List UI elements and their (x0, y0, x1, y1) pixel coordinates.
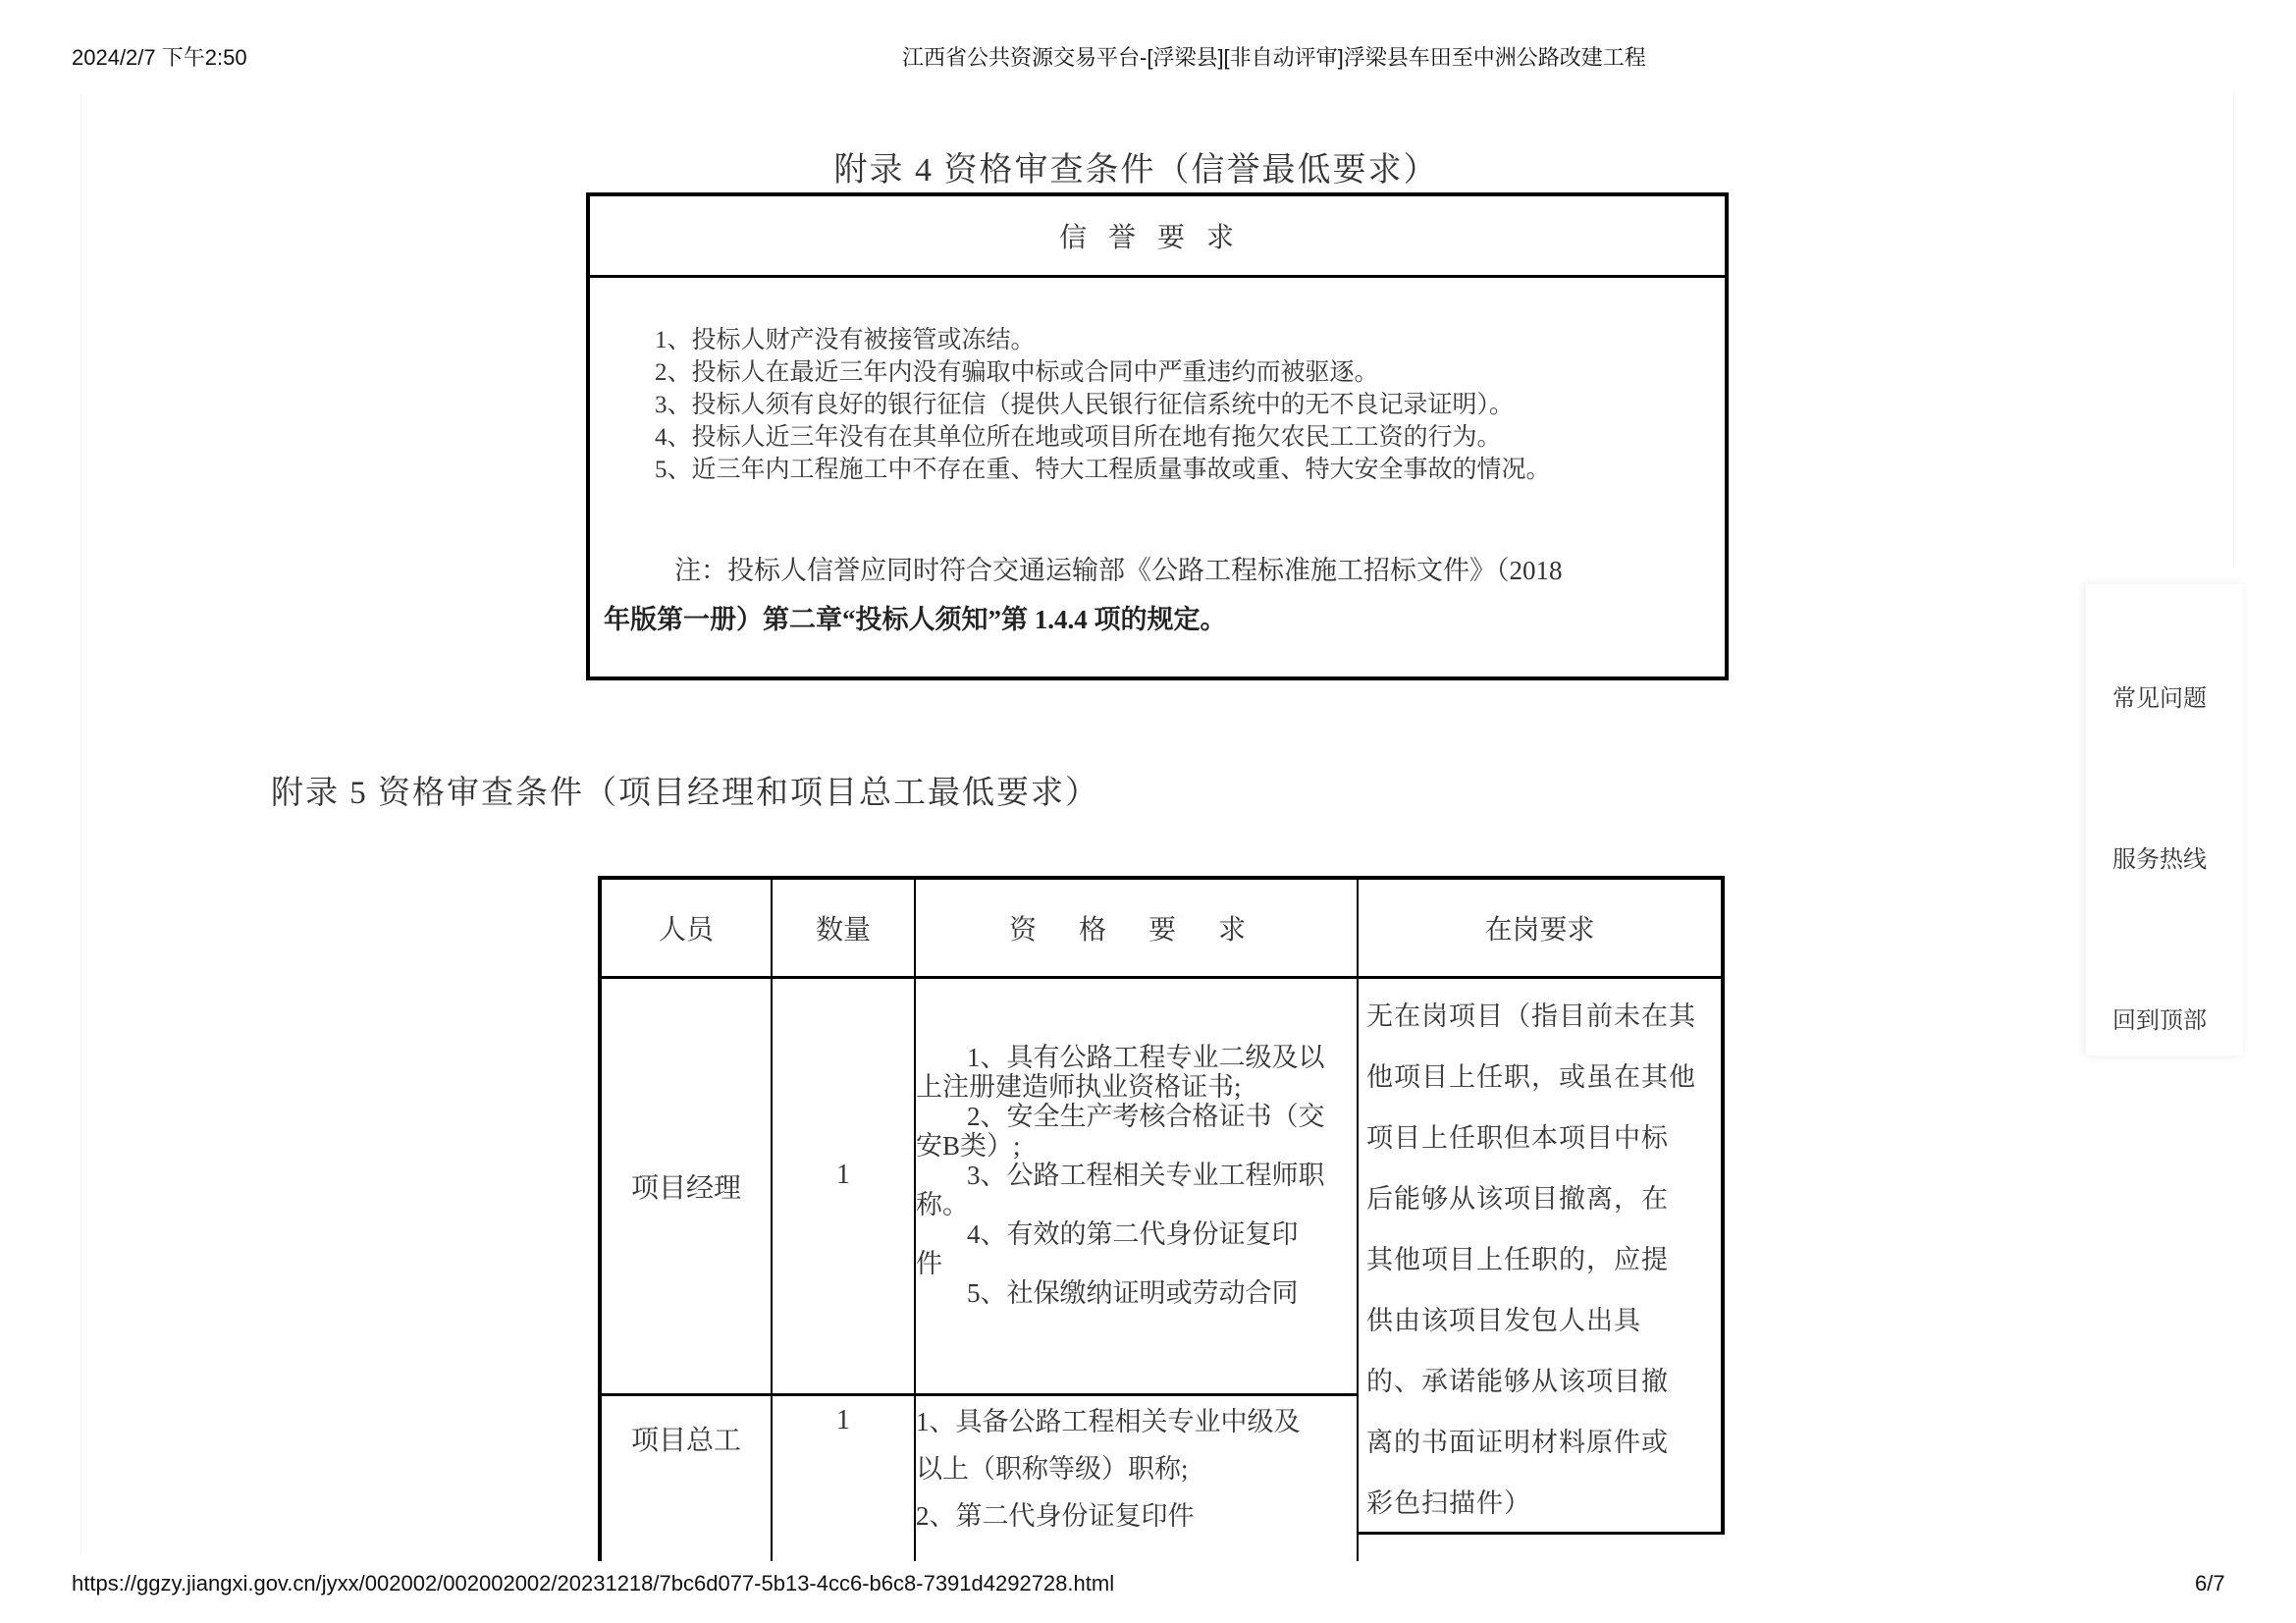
on-post-line: 的、承诺能够从该项目撤 (1366, 1351, 1710, 1412)
requirement-line: 称。 (916, 1190, 1358, 1219)
page-edge-left (80, 93, 81, 1556)
service-hotline-link[interactable]: 服务热线 (2112, 839, 2207, 874)
appendix4-title: 附录 4 资格审查条件（信誉最低要求） (0, 142, 2296, 190)
role-chief-engineer: 项目总工 (602, 1411, 771, 1466)
credit-item: 4、投标人近三年没有在其单位所在地或项目所在地有拖欠农民工工资的行为。 (655, 421, 1551, 454)
credit-item: 2、投标人在最近三年内没有骗取中标或合同中严重违约而被驱逐。 (655, 356, 1551, 389)
floating-sidebar: 常见问题 服务热线 回到顶部 (2086, 584, 2243, 1055)
requirement-line: 件 (916, 1249, 1358, 1278)
count-chief-engineer: 1 (773, 1396, 914, 1445)
print-datetime: 2024/2/7 下午2:50 (72, 41, 247, 72)
requirement-line: 安B类）; (916, 1131, 1358, 1161)
requirements-chief-engineer: 1、具备公路工程相关专业中级及 以上（职称等级）职称; 2、第二代身份证复印件 (916, 1398, 1348, 1540)
credit-note-line1: 注：投标人信誉应同时符合交通运输部《公路工程标准施工招标文件》（2018 (604, 546, 1703, 595)
requirement-line: 4、有效的第二代身份证复印 (916, 1219, 1358, 1249)
print-page-title: 江西省公共资源交易平台-[浮梁县][非自动评审]浮梁县车田至中洲公路改建工程 (902, 41, 1646, 72)
on-post-line: 无在岗项目（指目前未在其 (1366, 986, 1710, 1047)
header-on-post: 在岗要求 (1359, 880, 1721, 976)
on-post-line: 项目上任职但本项目中标 (1366, 1108, 1710, 1168)
on-post-line: 后能够从该项目撤离，在 (1366, 1168, 1710, 1229)
back-to-top-button[interactable]: 回到顶部 (2112, 1001, 2207, 1035)
print-page-number: 6/7 (2195, 1571, 2225, 1596)
requirement-line: 上注册建造师执业资格证书; (916, 1072, 1358, 1102)
role-project-manager: 项目经理 (602, 979, 771, 1393)
credit-requirements-table: 信誉要求 1、投标人财产没有被接管或冻结。 2、投标人在最近三年内没有骗取中标或… (586, 192, 1729, 680)
credit-note-line2: 年版第一册）第二章“投标人须知”第 1.4.4 项的规定。 (604, 595, 1703, 644)
table-border (1721, 876, 1725, 1534)
header-personnel: 人员 (602, 880, 771, 976)
on-post-requirement: 无在岗项目（指目前未在其 他项目上任职，或虽在其他 项目上任职但本项目中标 后能… (1366, 986, 1710, 1534)
requirement-line: 2、安全生产考核合格证书（交 (916, 1102, 1358, 1131)
count-project-manager: 1 (773, 979, 914, 1372)
header-quantity: 数量 (773, 880, 914, 976)
credit-table-header: 信誉要求 (590, 196, 1725, 278)
header-qualifications: 资 格 要 求 (916, 880, 1357, 976)
requirements-project-manager: 1、具有公路工程专业二级及以 上注册建造师执业资格证书; 2、安全生产考核合格证… (916, 1043, 1358, 1308)
requirement-line: 1、具备公路工程相关专业中级及 (916, 1398, 1348, 1445)
requirement-line: 3、公路工程相关专业工程师职 (916, 1161, 1358, 1190)
on-post-line: 离的书面证明材料原件或 (1366, 1412, 1710, 1473)
requirement-line: 1、具有公路工程专业二级及以 (916, 1043, 1358, 1072)
credit-item: 3、投标人须有良好的银行征信（提供人民银行征信系统中的无不良记录证明）。 (655, 389, 1551, 421)
on-post-line: 供由该项目发包人出具 (1366, 1290, 1710, 1351)
faq-link[interactable]: 常见问题 (2112, 678, 2207, 713)
on-post-line: 彩色扫描件） (1366, 1473, 1710, 1534)
requirement-line: 2、第二代身份证复印件 (916, 1492, 1348, 1540)
row-divider (598, 1393, 1359, 1396)
print-url: https://ggzy.jiangxi.gov.cn/jyxx/002002/… (72, 1571, 1114, 1596)
requirement-line: 以上（职称等级）职称; (916, 1445, 1348, 1492)
credit-item: 1、投标人财产没有被接管或冻结。 (655, 324, 1551, 356)
requirement-line: 5、社保缴纳证明或劳动合同 (916, 1278, 1358, 1308)
on-post-line: 其他项目上任职的，应提 (1366, 1229, 1710, 1290)
credit-requirements-list: 1、投标人财产没有被接管或冻结。 2、投标人在最近三年内没有骗取中标或合同中严重… (655, 324, 1551, 486)
credit-item: 5、近三年内工程施工中不存在重、特大工程质量事故或重、特大安全事故的情况。 (655, 454, 1551, 486)
credit-note: 注：投标人信誉应同时符合交通运输部《公路工程标准施工招标文件》（2018 年版第… (604, 546, 1703, 644)
on-post-line: 他项目上任职，或虽在其他 (1366, 1047, 1710, 1108)
appendix5-title: 附录 5 资格审查条件（项目经理和项目总工最低要求） (271, 767, 1099, 813)
